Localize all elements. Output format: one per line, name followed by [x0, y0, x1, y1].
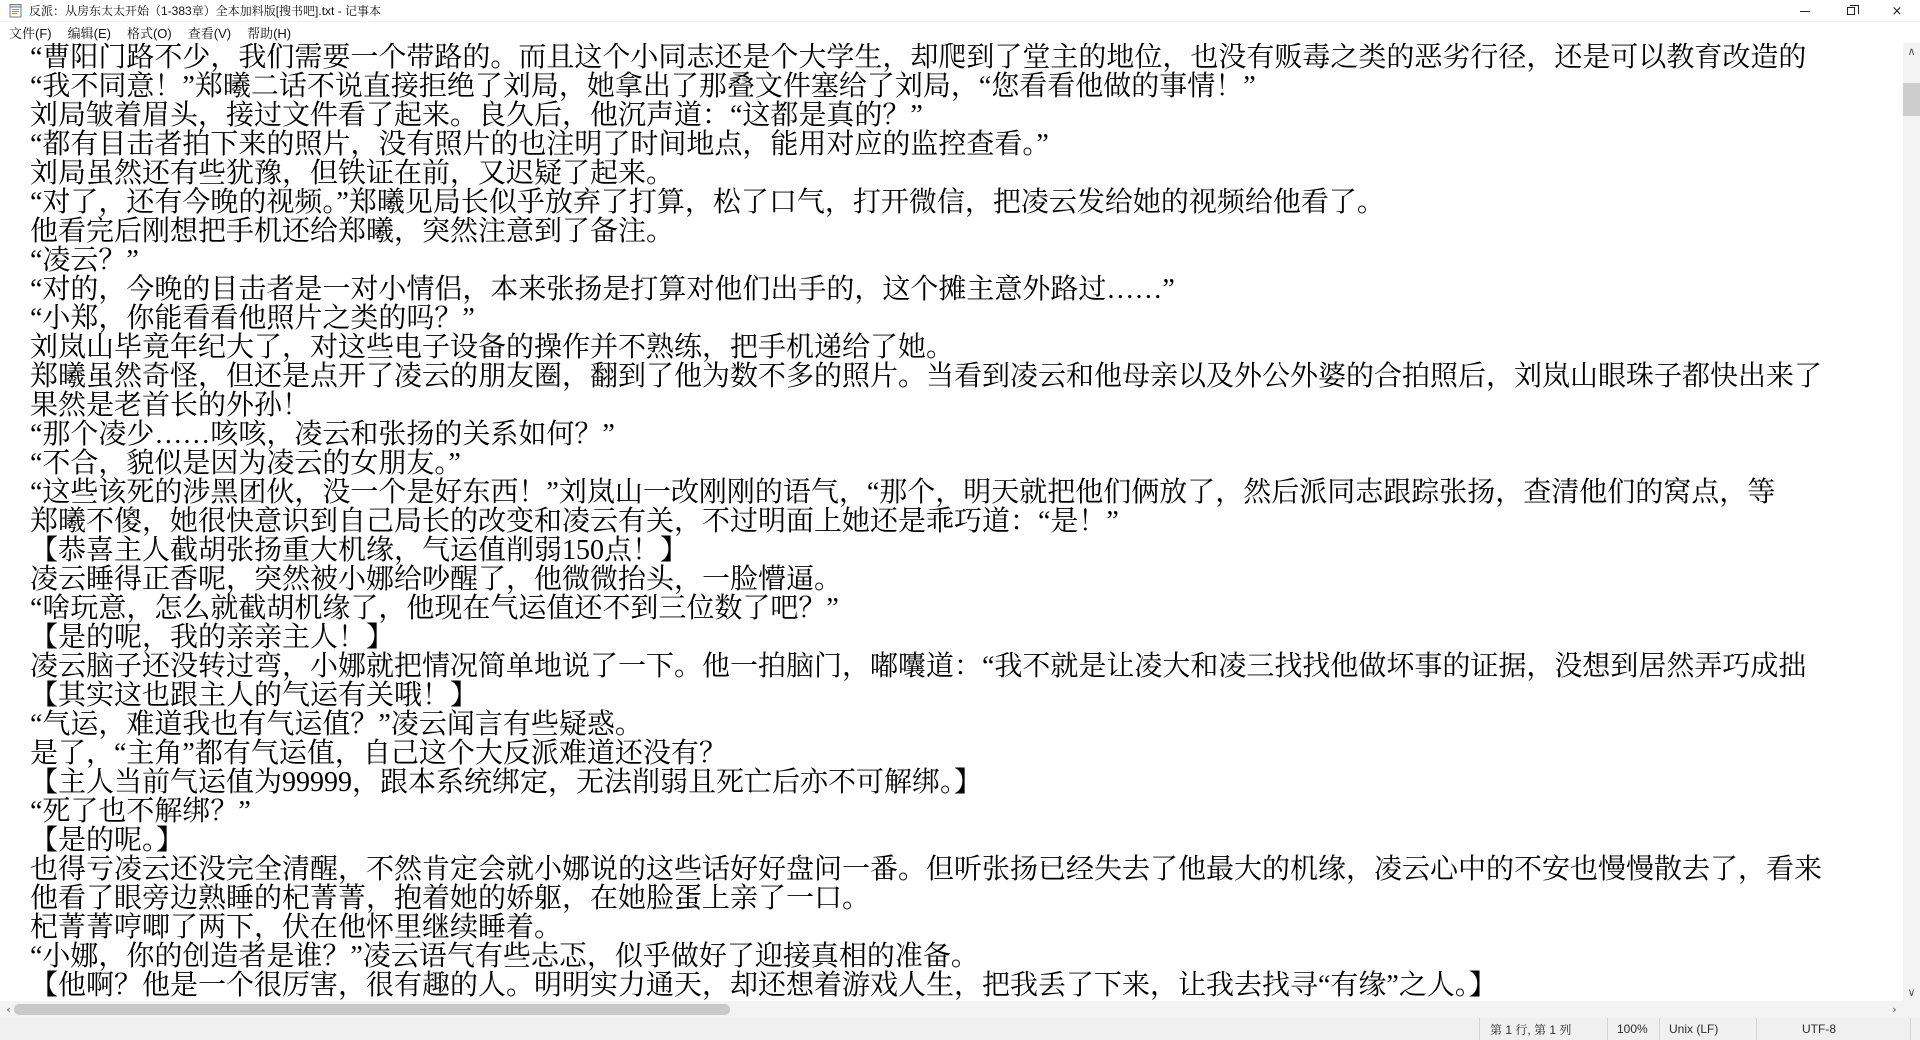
text-line: 【他啊？他是一个很厉害，很有趣的人。明明实力通天，却还想着游戏人生，把我丢了下来… [30, 971, 1903, 1000]
window-title: 反派：从房东太太开始（1-383章）全本加料版[搜书吧].txt - 记事本 [29, 2, 381, 19]
text-line: “对了，还有今晚的视频。”郑曦见局长似乎放弃了打算，松了口气，打开微信，把凌云发… [30, 188, 1903, 217]
text-line: 郑曦虽然奇怪，但还是点开了凌云的朋友圈，翻到了他为数不多的照片。当看到凌云和他母… [30, 362, 1903, 391]
menu-item-1[interactable]: 文件(F) [1, 22, 60, 43]
text-line: 【是的呢，我的亲亲主人！】 [30, 623, 1903, 652]
text-line: “死了也不解绑？” [30, 797, 1903, 826]
text-line: “都有目击者拍下来的照片，没有照片的也注明了时间地点，能用对应的监控查看。” [30, 130, 1903, 159]
text-line: “不合，貌似是因为凌云的女朋友。” [30, 449, 1903, 478]
scrollbar-corner [1903, 1001, 1920, 1018]
minimize-icon [1800, 11, 1810, 12]
status-zoom-level: 100% [1607, 1018, 1659, 1040]
status-encoding: UTF-8 [1756, 1018, 1911, 1040]
vertical-scrollbar-thumb[interactable] [1903, 83, 1920, 116]
text-line: 也得亏凌云还没完全清醒，不然肯定会就小娜说的这些话好好盘问一番。但听张扬已经失去… [30, 855, 1903, 884]
text-line: 凌云脑子还没转过弯，小娜就把情况简单地说了一下。他一拍脑门，嘟囔道：“我不就是让… [30, 652, 1903, 681]
text-line: “小娜，你的创造者是谁？”凌云语气有些忐忑，似乎做好了迎接真相的准备。 [30, 942, 1903, 971]
menu-item-2[interactable]: 编辑(E) [60, 22, 119, 43]
vertical-scrollbar[interactable]: ∧ ∨ [1903, 43, 1920, 1001]
close-icon: × [1892, 5, 1903, 18]
text-line: “气运，难道我也有气运值？”凌云闻言有些疑惑。 [30, 710, 1903, 739]
text-line: 【其实这也跟主人的气运有关哦！】 [30, 681, 1903, 710]
menu-item-3[interactable]: 格式(O) [119, 22, 180, 43]
window-controls: × [1782, 0, 1920, 22]
text-line: 郑曦不傻，她很快意识到自己局长的改变和凌云有关，不过明面上她还是乖巧道：“是！” [30, 507, 1903, 536]
text-line: 果然是老首长的外孙！ [30, 391, 1903, 420]
close-button[interactable]: × [1874, 0, 1920, 22]
text-line: “凌云？” [30, 246, 1903, 275]
text-line: “我不同意！”郑曦二话不说直接拒绝了刘局，她拿出了那叠文件塞给了刘局，“您看看他… [30, 72, 1903, 101]
menu-item-4[interactable]: 查看(V) [180, 22, 239, 43]
text-line: 刘局虽然还有些犹豫，但铁证在前，又迟疑了起来。 [30, 159, 1903, 188]
text-line: “那个凌少……咳咳，凌云和张扬的关系如何？” [30, 420, 1903, 449]
text-line: 【是的呢。】 [30, 826, 1903, 855]
text-line: “这些该死的涉黑团伙，没一个是好东西！”刘岚山一改刚刚的语气，“那个，明天就把他… [30, 478, 1903, 507]
scroll-up-icon[interactable]: ∧ [1903, 43, 1920, 60]
status-bar: 第 1 行, 第 1 列 100% Unix (LF) UTF-8 [0, 1018, 1920, 1040]
text-line: 杞菁菁哼唧了两下，伏在他怀里继续睡着。 [30, 913, 1903, 942]
text-line: 【主人当前气运值为99999，跟本系统绑定，无法削弱且死亡后亦不可解绑。】 [30, 768, 1903, 797]
horizontal-scrollbar[interactable]: ‹ › [0, 1001, 1903, 1018]
text-line: 刘岚山毕竟年纪大了，对这些电子设备的操作并不熟练，把手机递给了她。 [30, 333, 1903, 362]
text-line: 是了，“主角”都有气运值，自己这个大反派难道还没有？ [30, 739, 1903, 768]
menu-item-5[interactable]: 帮助(H) [239, 22, 299, 43]
text-line: 【恭喜主人截胡张扬重大机缘，气运值削弱150点！】 [30, 536, 1903, 565]
text-line: 他看完后刚想把手机还给郑曦，突然注意到了备注。 [30, 217, 1903, 246]
scroll-down-icon[interactable]: ∨ [1903, 984, 1920, 1001]
menu-bar: 文件(F)编辑(E)格式(O)查看(V)帮助(H) [0, 22, 1920, 43]
restore-icon [1847, 7, 1855, 15]
text-line: 他看了眼旁边熟睡的杞菁菁，抱着她的娇躯，在她脸蛋上亲了一口。 [30, 884, 1903, 913]
title-bar: 反派：从房东太太开始（1-383章）全本加料版[搜书吧].txt - 记事本 × [0, 0, 1920, 22]
text-line: “曹阳门路不少，我们需要一个带路的。而且这个小同志还是个大学生，却爬到了堂主的地… [30, 43, 1903, 72]
status-cursor-position: 第 1 行, 第 1 列 [1479, 1018, 1607, 1040]
horizontal-scrollbar-thumb[interactable] [14, 1004, 730, 1015]
text-editor[interactable]: “曹阳门路不少，我们需要一个带路的。而且这个小同志还是个大学生，却爬到了堂主的地… [0, 43, 1903, 1001]
status-line-ending: Unix (LF) [1659, 1018, 1756, 1040]
minimize-button[interactable] [1782, 0, 1828, 22]
notepad-icon [8, 3, 23, 18]
notepad-window: 反派：从房东太太开始（1-383章）全本加料版[搜书吧].txt - 记事本 ×… [0, 0, 1920, 1040]
text-line: “啥玩意，怎么就截胡机缘了，他现在气运值还不到三位数了吧？” [30, 594, 1903, 623]
text-line: “小郑，你能看看他照片之类的吗？” [30, 304, 1903, 333]
text-line: 刘局皱着眉头，接过文件看了起来。良久后，他沉声道：“这都是真的？” [30, 101, 1903, 130]
restore-button[interactable] [1828, 0, 1874, 22]
scroll-right-icon[interactable]: › [1886, 1001, 1903, 1018]
text-line: “对的，今晚的目击者是一对小情侣，本来张扬是打算对他们出手的，这个摊主意外路过…… [30, 275, 1903, 304]
text-line: 凌云睡得正香呢，突然被小娜给吵醒了，他微微抬头，一脸懵逼。 [30, 565, 1903, 594]
